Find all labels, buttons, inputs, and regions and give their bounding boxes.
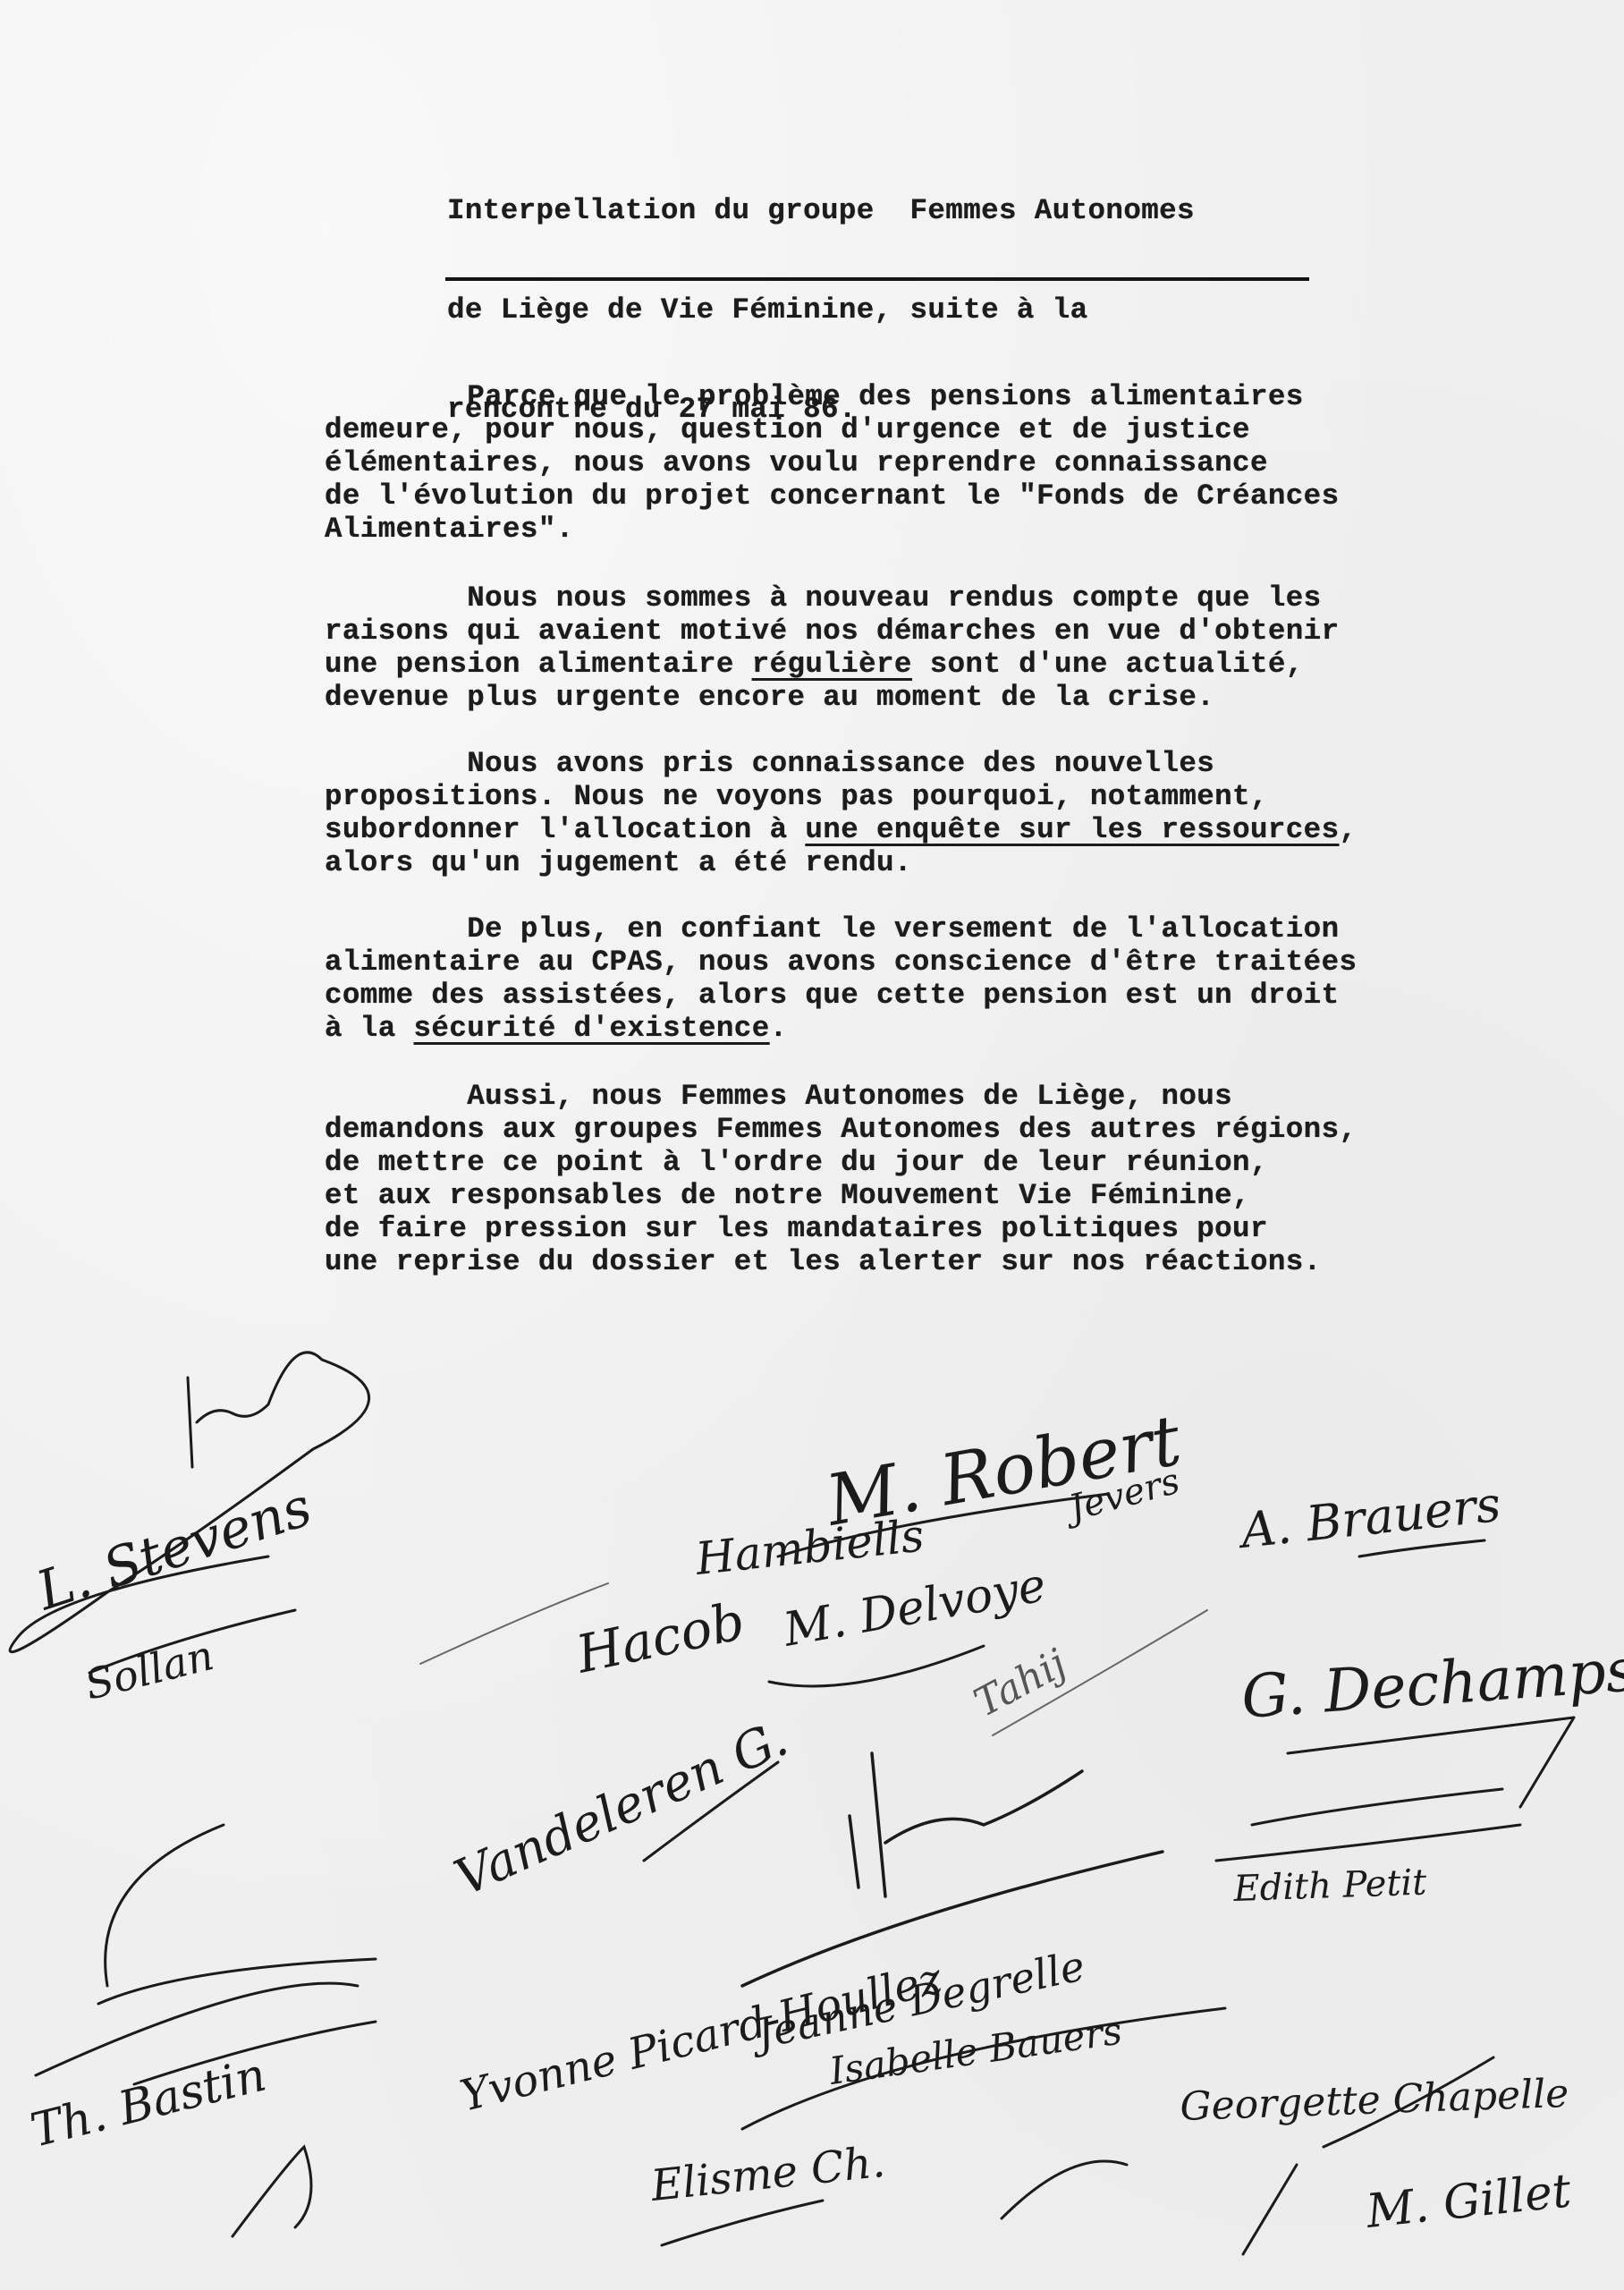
paragraph-line: de l'évolution du projet concernant le "…	[325, 479, 1339, 513]
line-text: subordonner l'allocation à	[325, 813, 805, 846]
body-paragraph: Aussi, nous Femmes Autonomes de Liège, n…	[325, 1080, 1357, 1278]
line-text: à la	[325, 1012, 414, 1045]
paragraph-line: une pension alimentaire régulière sont d…	[325, 648, 1339, 681]
underlined-text: régulière	[752, 648, 912, 681]
paragraph-line: alors qu'un jugement a été rendu.	[325, 846, 1357, 879]
paragraph-line: demeure, pour nous, question d'urgence e…	[325, 413, 1339, 446]
line-text: propositions. Nous ne voyons pas pourquo…	[325, 780, 1268, 813]
signature: L. Stevens	[29, 1476, 319, 1624]
underlined-text: une enquête sur les ressources	[805, 813, 1339, 846]
line-text: élémentaires, nous avons voulu reprendre…	[325, 446, 1268, 479]
signature: M. Gillet	[1363, 2164, 1574, 2239]
signature: A. Brauers	[1234, 1476, 1503, 1560]
signature: Yvonne Picard-Houllez	[455, 1954, 947, 2122]
line-text: une reprise du dossier et les alerter su…	[325, 1245, 1322, 1278]
line-text: de faire pression sur les mandataires po…	[325, 1212, 1268, 1245]
signature: Vandeleren G.	[446, 1709, 796, 1908]
paragraph-line: alimentaire au CPAS, nous avons conscien…	[325, 946, 1357, 979]
body-paragraph: Nous nous sommes à nouveau rendus compte…	[325, 581, 1339, 714]
line-text: demandons aux groupes Femmes Autonomes d…	[325, 1113, 1357, 1146]
line-text: de l'évolution du projet concernant le "…	[325, 479, 1339, 513]
line-text: alors qu'un jugement a été rendu.	[325, 846, 912, 879]
paragraph-line: De plus, en confiant le versement de l'a…	[325, 912, 1357, 946]
line-text: sont d'une actualité,	[912, 648, 1304, 681]
paragraph-line: comme des assistées, alors que cette pen…	[325, 979, 1357, 1012]
paragraph-line: de faire pression sur les mandataires po…	[325, 1212, 1357, 1245]
line-text: une pension alimentaire	[325, 648, 752, 681]
signature: M. Delvoye	[779, 1558, 1050, 1658]
line-text: raisons qui avaient motivé nos démarches…	[325, 615, 1339, 648]
line-text: ,	[1340, 813, 1358, 846]
body-paragraph: Nous avons pris connaissance des nouvell…	[325, 747, 1357, 879]
line-text: Nous avons pris connaissance des nouvell…	[325, 747, 1214, 780]
line-text: Nous nous sommes à nouveau rendus compte…	[325, 581, 1322, 615]
line-text: alimentaire au CPAS, nous avons conscien…	[325, 946, 1357, 979]
signature: Hambiells	[692, 1509, 926, 1585]
signature: Tahij	[967, 1641, 1073, 1726]
paragraph-line: à la sécurité d'existence.	[325, 1012, 1357, 1045]
line-text: Aussi, nous Femmes Autonomes de Liège, n…	[325, 1080, 1232, 1113]
signature: Edith Petit	[1232, 1862, 1428, 1910]
line-text: et aux responsables de notre Mouvement V…	[325, 1179, 1250, 1212]
paragraph-line: Aussi, nous Femmes Autonomes de Liège, n…	[325, 1080, 1357, 1113]
line-text: de mettre ce point à l'ordre du jour de …	[325, 1146, 1268, 1179]
body-paragraph: Parce que le problème des pensions alime…	[325, 380, 1339, 546]
signature: Elisme Ch.	[647, 2137, 887, 2211]
paragraph-line: subordonner l'allocation à une enquête s…	[325, 813, 1357, 846]
paragraph-line: demandons aux groupes Femmes Autonomes d…	[325, 1113, 1357, 1146]
line-text: devenue plus urgente encore au moment de…	[325, 681, 1214, 714]
paragraph-line: devenue plus urgente encore au moment de…	[325, 681, 1339, 714]
header-divider	[445, 277, 1309, 281]
paragraph-line: une reprise du dossier et les alerter su…	[325, 1245, 1357, 1278]
signatures-area: L. Stevens Sollan A. Brauers M. Robert J…	[0, 1342, 1624, 2290]
paragraph-line: raisons qui avaient motivé nos démarches…	[325, 615, 1339, 648]
paragraph-line: Parce que le problème des pensions alime…	[325, 380, 1339, 413]
line-text: comme des assistées, alors que cette pen…	[325, 979, 1339, 1012]
header-line: Interpellation du groupe Femmes Autonome…	[447, 194, 1195, 227]
paragraph-line: élémentaires, nous avons voulu reprendre…	[325, 446, 1339, 479]
signature: Sollan	[80, 1631, 218, 1709]
line-text: De plus, en confiant le versement de l'a…	[325, 912, 1339, 946]
paragraph-line: Nous avons pris connaissance des nouvell…	[325, 747, 1357, 780]
line-text: Alimentaires".	[325, 513, 574, 546]
paragraph-line: et aux responsables de notre Mouvement V…	[325, 1179, 1357, 1212]
paragraph-line: Nous nous sommes à nouveau rendus compte…	[325, 581, 1339, 615]
paragraph-line: de mettre ce point à l'ordre du jour de …	[325, 1146, 1357, 1179]
paragraph-line: propositions. Nous ne voyons pas pourquo…	[325, 780, 1357, 813]
paragraph-line: Alimentaires".	[325, 513, 1339, 546]
line-text: .	[770, 1012, 788, 1045]
header-line: de Liège de Vie Féminine, suite à la	[447, 293, 1195, 327]
body-paragraph: De plus, en confiant le versement de l'a…	[325, 912, 1357, 1045]
line-text: demeure, pour nous, question d'urgence e…	[325, 413, 1250, 446]
underlined-text: sécurité d'existence	[414, 1012, 770, 1045]
signature: Georgette Chapelle	[1180, 2071, 1569, 2130]
line-text: Parce que le problème des pensions alime…	[325, 380, 1304, 413]
signature: Hacob	[571, 1590, 750, 1685]
